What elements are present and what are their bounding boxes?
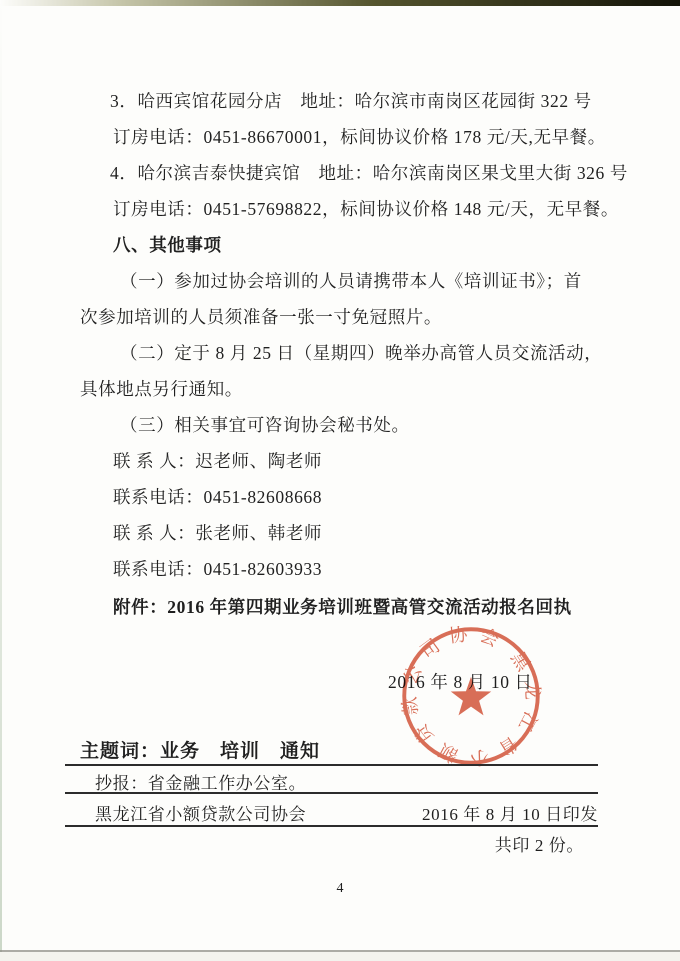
issuer-name: 黑龙江省小额贷款公司协会 [95, 800, 306, 825]
hotel-item-4-line: 4．哈尔滨吉泰快捷宾馆 地址：哈尔滨南岗区果戈里大街 326 号 [110, 164, 628, 183]
attachment-line: 附件：2016 年第四期业务培训班暨高管交流活动报名回执 [113, 598, 572, 617]
seal-ring-text: 黑龙江省小额贷款公司协会 [400, 625, 542, 767]
official-seal-stamp: 黑龙江省小额贷款公司协会 [400, 625, 542, 767]
contact-phone-line-2: 联系电话：0451-82603933 [113, 560, 322, 579]
footer-rule-1 [65, 764, 598, 766]
scan-edge-artifact-left [0, 0, 2, 961]
scanned-document-page: 3．哈西宾馆花园分店 地址：哈尔滨市南岗区花园街 322 号 订房电话：0451… [0, 0, 680, 961]
para-1-line-1: （一）参加过协会培训的人员请携带本人《培训证书》；首 [120, 272, 582, 291]
copies-note: 共印 2 份。 [495, 831, 584, 856]
para-3-line: （三）相关事宜可咨询协会秘书处。 [120, 416, 410, 435]
scan-edge-margin-bottom [0, 952, 680, 961]
hotel-4-phone-line: 订房电话：0451-57698822，标间协议价格 148 元/天，无早餐。 [113, 200, 619, 219]
scan-edge-artifact-top [0, 0, 680, 6]
footer-rule-3 [65, 825, 598, 827]
subject-keywords-line: 主题词：业务 培训 通知 [80, 736, 320, 763]
para-1-line-2: 次参加培训的人员须准备一张一寸免冠照片。 [80, 308, 442, 327]
footer-rule-2 [65, 792, 598, 794]
seal-ring [404, 629, 537, 762]
contact-phone-line-1: 联系电话：0451-82608668 [113, 488, 322, 507]
copy-to-line: 抄报：省金融工作办公室。 [95, 769, 306, 794]
print-date: 2016 年 8 月 10 日印发 [422, 800, 598, 825]
para-2-line-1: （二）定于 8 月 25 日（星期四）晚举办高管人员交流活动， [120, 344, 602, 363]
hotel-item-3-line: 3．哈西宾馆花园分店 地址：哈尔滨市南岗区花园街 322 号 [110, 92, 592, 111]
contact-person-line-1: 联 系 人：迟老师、陶老师 [113, 452, 322, 471]
contact-person-line-2: 联 系 人：张老师、韩老师 [113, 524, 322, 543]
hotel-3-phone-line: 订房电话：0451-86670001，标间协议价格 178 元/天,无早餐。 [113, 128, 606, 147]
page-number: 4 [0, 881, 680, 897]
section-heading-other-matters: 八、其他事项 [113, 236, 222, 255]
signature-date: 2016 年 8 月 10 日 [388, 673, 533, 692]
para-2-line-2: 具体地点另行通知。 [80, 380, 243, 399]
